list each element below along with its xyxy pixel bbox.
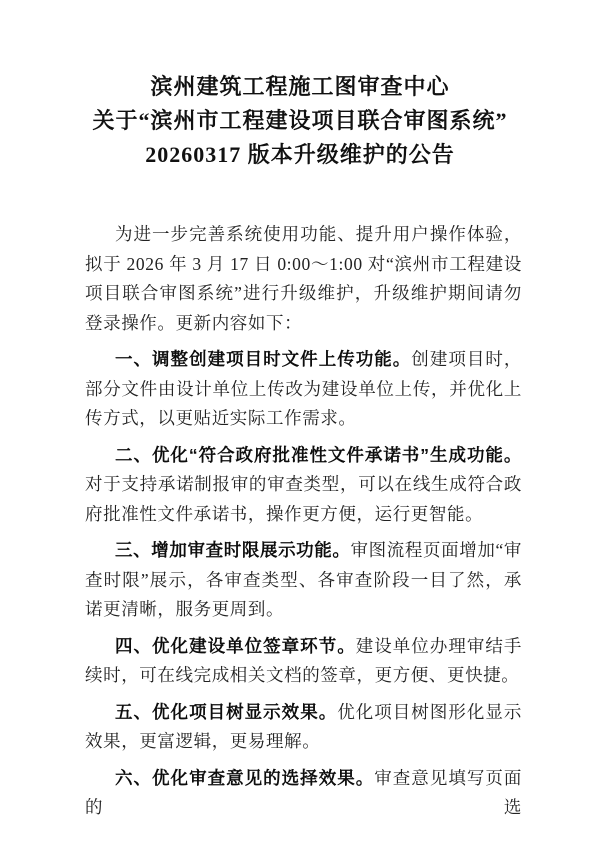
item-5-heading: 五、优化项目树显示效果。 [115, 702, 337, 722]
item-2-text: 对于支持承诺制报审的审查类型，可以在线生成符合政府批准性文件承诺书，操作更方便，… [85, 474, 522, 524]
title-line-2: 关于“滨州市工程建设项目联合审图系统” [0, 104, 600, 138]
item-3-heading: 三、增加审查时限展示功能。 [115, 540, 351, 560]
item-3-paragraph: 三、增加审查时限展示功能。审图流程页面增加“审查时限”展示，各审查类型、各审查阶… [85, 536, 522, 625]
item-2-heading: 二、优化“符合政府批准性文件承诺书”生成功能。 [115, 445, 522, 465]
item-4-paragraph: 四、优化建设单位签章环节。建设单位办理审结手续时，可在线完成相关文档的签章，更方… [85, 632, 522, 691]
document-body: 为进一步完善系统使用功能、提升用户操作体验，拟于 2026 年 3 月 17 日… [85, 220, 522, 823]
item-1-heading: 一、调整创建项目时文件上传功能。 [115, 349, 411, 369]
item-4-heading: 四、优化建设单位签章环节。 [115, 636, 356, 656]
item-1-paragraph: 一、调整创建项目时文件上传功能。创建项目时，部分文件由设计单位上传改为建设单位上… [85, 345, 522, 434]
document-title: 滨州建筑工程施工图审查中心 关于“滨州市工程建设项目联合审图系统” 202603… [0, 0, 600, 172]
title-line-3: 20260317 版本升级维护的公告 [0, 138, 600, 172]
item-6-heading: 六、优化审查意见的选择效果。 [115, 768, 374, 788]
title-line-1: 滨州建筑工程施工图审查中心 [0, 70, 600, 104]
item-6-paragraph: 六、优化审查意见的选择效果。审查意见填写页面的选 [85, 764, 522, 823]
item-5-paragraph: 五、优化项目树显示效果。优化项目树图形化显示效果，更富逻辑，更易理解。 [85, 698, 522, 757]
document-page: 滨州建筑工程施工图审查中心 关于“滨州市工程建设项目联合审图系统” 202603… [0, 0, 600, 855]
intro-paragraph: 为进一步完善系统使用功能、提升用户操作体验，拟于 2026 年 3 月 17 日… [85, 220, 522, 338]
item-2-paragraph: 二、优化“符合政府批准性文件承诺书”生成功能。对于支持承诺制报审的审查类型，可以… [85, 441, 522, 530]
